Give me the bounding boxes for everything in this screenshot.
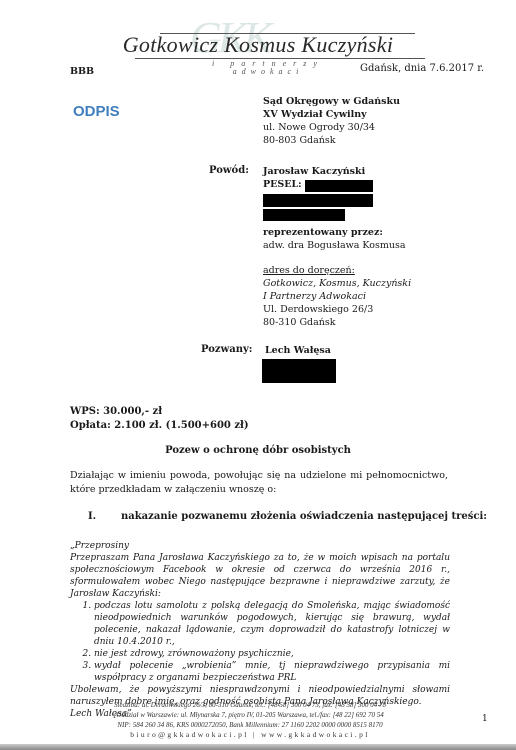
accusation-item: wydał polecenie „wrobienia” mnie, tj nie… [94,660,450,684]
intro-paragraph: Działając w imieniu powoda, powołując si… [70,469,448,497]
apology-statement: „Przeprosiny Przepraszam Pana Jarosława … [70,540,450,720]
court-name: Sąd Okręgowy w Gdańsku [263,95,400,108]
place-date: Gdańsk, dnia 7.6.2017 r. [360,63,484,74]
service-firm-line1: Gotkowicz, Kosmus, Kuczyński [263,277,411,290]
redacted-pesel [305,180,373,192]
accusation-item: nie jest zdrowy, zrównoważony psychiczni… [94,648,450,660]
court-city: 80-803 Gdańsk [263,134,400,147]
letterhead-footer: Siedziba: ul. Derdowskiego 26/3, 80-310 … [70,700,430,740]
footer-headquarters: Siedziba: ul. Derdowskiego 26/3, 80-310 … [70,700,430,710]
accusation-item: podczas lotu samolotu z polską delegacją… [94,600,450,648]
document-title: Pozew o ochronę dóbr osobistych [0,445,516,456]
redacted-defendant-address [262,359,336,383]
demand-text: nakazanie pozwanemu złożenia oświadczeni… [121,511,487,522]
reference-code: BBB [70,66,94,77]
footer-registration: NIP: 584 260 34 86, KRS 0000272050, Bank… [70,720,430,730]
footer-warsaw-branch: Oddział w Warszawie: ul. Młynarska 7, pi… [70,710,430,720]
demand-number: I. [88,511,96,522]
scan-edge [0,744,516,750]
court-street: ul. Nowe Ogrody 30/34 [263,121,400,134]
represented-label: reprezentowany przez: [263,226,411,239]
copy-stamp: ODPIS [73,103,120,120]
court-address: Sąd Okręgowy w Gdańsku XV Wydział Cywiln… [263,95,400,147]
defendant-label: Pozwany: [201,344,252,355]
court-division: XV Wydział Cywilny [263,108,400,121]
accusations-list: podczas lotu samolotu z polską delegacją… [70,600,450,684]
firm-name: Gotkowicz Kosmus Kuczyński [0,32,516,58]
redacted-address-line1 [263,194,373,207]
page-number: 1 [482,714,488,724]
court-fee: Opłata: 2.100 zł. (1.500+600 zł) [70,419,249,433]
claim-value: WPS: 30.000,- zł [70,405,249,419]
plaintiff-label: Powód: [209,165,249,176]
plaintiff-name: Jarosław Kaczyński [263,165,365,178]
redacted-address-line2 [263,209,345,221]
service-street: Ul. Derdowskiego 26/3 [263,303,411,316]
statement-opening: Przepraszam Pana Jarosława Kaczyńskiego … [70,552,450,600]
footer-contact: biuro@gkkadwokaci.pl | www.gkkadwokaci.p… [70,730,430,740]
service-city: 80-310 Gdańsk [263,316,411,329]
service-firm-line2: I Partnerzy Adwokaci [263,290,411,303]
attorney-name: adw. dra Bogusława Kosmusa [263,239,411,252]
defendant-name: Lech Wałęsa [265,344,331,357]
service-address-label: adres do doręczeń: [263,264,411,277]
fees-block: WPS: 30.000,- zł Opłata: 2.100 zł. (1.50… [70,405,249,433]
statement-heading: „Przeprosiny [70,540,450,552]
representation-block: reprezentowany przez: adw. dra Bogusława… [263,226,411,329]
